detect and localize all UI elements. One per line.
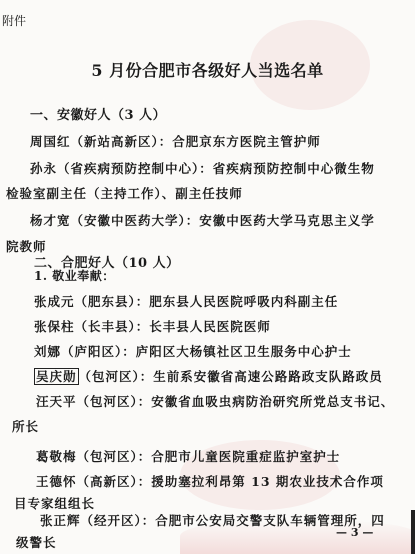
list-item: 孙永（省疾病预防控制中心）：省疾病预防控制中心微生物: [30, 159, 375, 177]
attachment-label: 附件: [2, 12, 26, 29]
list-item: 张成元（肥东县）：肥东县人民医院呼吸内科副主任: [34, 292, 338, 310]
person-desc: ：庐阳区大杨镇社区卫生服务中心护士: [122, 344, 352, 359]
person-unit: （肥东县）: [75, 294, 136, 309]
person-name: 周国红: [30, 134, 71, 149]
list-item: 刘娜（庐阳区）：庐阳区大杨镇社区卫生服务中心护士: [34, 342, 352, 360]
person-unit: （新站高新区）: [71, 134, 159, 149]
person-desc: ：援助塞拉利昂第 13 期农业技术合作项: [138, 474, 384, 489]
person-name-boxed: 吴庆勋: [34, 368, 79, 385]
list-item: 吴庆勋（包河区）：生前系安徽省高速公路路政支队路政员: [34, 367, 383, 385]
person-desc: ：安徽中医药大学马克思主义学: [186, 213, 375, 228]
list-item-continuation: 目专家组组长: [14, 494, 95, 512]
subsection-heading: 1. 敬业奉献：: [34, 267, 115, 284]
person-name: 汪天平: [36, 394, 77, 409]
section-heading-anhui: 一、安徽好人（3 人）: [30, 104, 166, 123]
person-desc: ：生前系安徽省高速公路路政支队路政员: [140, 369, 383, 384]
person-name: 张正辉: [40, 513, 81, 528]
list-item: 周国红（新站高新区）：合肥京东方医院主管护师: [30, 132, 321, 150]
person-name: 刘娜: [34, 344, 61, 359]
person-unit: （包河区）: [79, 369, 140, 384]
list-item: 张正辉（经开区）：合肥市公安局交警支队车辆管理所，四: [40, 511, 385, 529]
person-unit: （包河区）: [77, 394, 138, 409]
person-unit: （省疾病预防控制中心）: [57, 161, 199, 176]
person-desc: ：省疾病预防控制中心微生物: [199, 161, 375, 176]
list-item: 张保柱（长丰县）：长丰县人民医院医师: [34, 317, 271, 335]
page-title: 5 月份合肥市各级好人当选名单: [0, 58, 415, 81]
person-desc: ：安徽省血吸虫病防治研究所党总支书记、: [138, 394, 395, 409]
person-unit: （长丰县）: [75, 319, 136, 334]
person-unit: （高新区）: [77, 474, 138, 489]
person-name: 葛敬梅: [36, 449, 77, 464]
list-item-continuation: 所长: [12, 417, 39, 435]
list-item: 杨才宽（安徽中医药大学）：安徽中医药大学马克思主义学: [30, 211, 375, 229]
list-item-continuation: 检验室副主任（主持工作）、副主任技师: [6, 184, 243, 202]
person-unit: （经开区）: [81, 513, 142, 528]
person-name: 张成元: [34, 294, 75, 309]
person-desc: ：肥东县人民医院呼吸内科副主任: [136, 294, 339, 309]
person-unit: （庐阳区）: [61, 344, 122, 359]
list-item-continuation: 级警长: [16, 533, 57, 551]
person-desc: ：合肥市儿童医院重症监护室护士: [138, 449, 341, 464]
person-name: 张保柱: [34, 319, 75, 334]
person-desc: ：合肥京东方医院主管护师: [159, 134, 321, 149]
page-number: — 3 —: [336, 526, 373, 539]
list-item: 汪天平（包河区）：安徽省血吸虫病防治研究所党总支书记、: [36, 392, 394, 410]
person-unit: （安徽中医药大学）: [71, 213, 186, 228]
list-item: 葛敬梅（包河区）：合肥市儿童医院重症监护室护士: [36, 447, 340, 465]
person-unit: （包河区）: [77, 449, 138, 464]
person-name: 王德怀: [36, 474, 77, 489]
document-page: 附件 5 月份合肥市各级好人当选名单 一、安徽好人（3 人） 周国红（新站高新区…: [0, 0, 415, 554]
list-item: 王德怀（高新区）：援助塞拉利昂第 13 期农业技术合作项: [36, 472, 384, 490]
person-name: 孙永: [30, 161, 57, 176]
person-desc: ：长丰县人民医院医师: [136, 319, 271, 334]
person-name: 杨才宽: [30, 213, 71, 228]
